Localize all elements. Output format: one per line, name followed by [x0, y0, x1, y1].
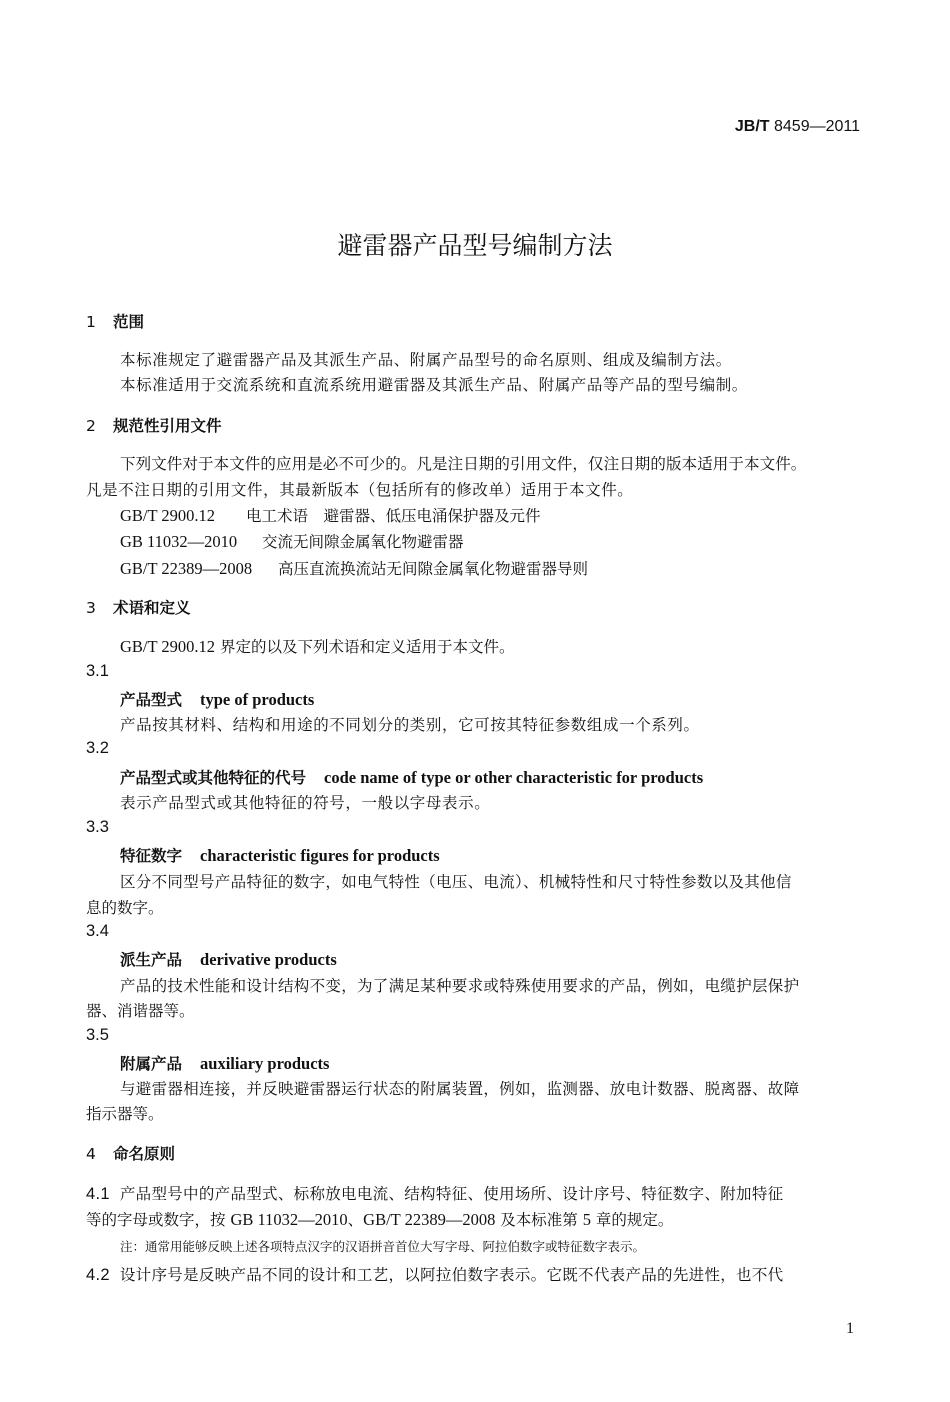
section-3-intro: GB/T 2900.12 界定的以及下列术语和定义适用于本文件。 — [120, 635, 515, 657]
term-definition: 产品的技术性能和设计结构不变，为了满足某种要求或特殊使用要求的产品，例如，电缆护… — [120, 974, 799, 996]
clause-4-2-line-1: 4.2设计序号是反映产品不同的设计和工艺，以阿拉伯数字表示。它既不代表产品的先进… — [86, 1263, 783, 1285]
term-heading: 派生产品derivative products — [120, 948, 337, 970]
section-1-para-1: 本标准规定了避雷器产品及其派生产品、附属产品型号的命名原则、组成及编制方法。 — [120, 348, 732, 370]
section-2-heading: 2规范性引用文件 — [86, 414, 222, 436]
standard-year: 8459—2011 — [774, 118, 860, 135]
section-1-para-2: 本标准适用于交流系统和直流系统用避雷器及其派生产品、附属产品等产品的型号编制。 — [120, 373, 748, 395]
term-definition: 表示产品型式或其他特征的符号，一般以字母表示。 — [120, 791, 490, 813]
clause-number: 3.2 — [86, 739, 109, 758]
clause-4-1-line-1: 4.1产品型号中的产品型式、标称放电电流、结构特征、使用场所、设计序号、特征数字… — [86, 1182, 783, 1204]
reference-item: GB 11032—2010交流无间隙金属氧化物避雷器 — [120, 530, 464, 552]
clause-4-1-line-2: 等的字母或数字，按 GB 11032—2010、GB/T 22389—2008 … — [86, 1208, 673, 1230]
term-heading: 附属产品auxiliary products — [120, 1052, 329, 1074]
standard-code: JB/T — [735, 118, 770, 135]
term-definition: 与避雷器相连接，并反映避雷器运行状态的附属装置，例如，监测器、放电计数器、脱离器… — [120, 1077, 799, 1099]
term-definition: 产品按其材料、结构和用途的不同划分的类别，它可按其特征参数组成一个系列。 — [120, 713, 700, 735]
term-heading: 产品型式type of products — [120, 688, 314, 710]
section-4-heading: 4命名原则 — [86, 1142, 175, 1164]
document-title: 避雷器产品型号编制方法 — [0, 226, 950, 262]
reference-item: GB/T 2900.12电工术语 避雷器、低压电涌保护器及元件 — [120, 504, 541, 526]
term-definition: 区分不同型号产品特征的数字，如电气特性（电压、电流）、机械特性和尺寸特性参数以及… — [120, 870, 792, 892]
section-2-para-line-1: 下列文件对于本文件的应用是必不可少的。凡是注日期的引用文件，仅注日期的版本适用于… — [120, 452, 806, 474]
note: 注：通常用能够反映上述各项特点汉字的汉语拼音首位大写字母、阿拉伯数字或特征数字表… — [120, 1237, 645, 1255]
clause-number: 3.4 — [86, 922, 109, 941]
section-2-para-line-2: 凡是不注日期的引用文件，其最新版本（包括所有的修改单）适用于本文件。 — [86, 478, 633, 500]
section-1-heading: 1范围 — [86, 310, 144, 332]
page-number: 1 — [846, 1320, 854, 1338]
section-3-heading: 3术语和定义 — [86, 596, 191, 618]
standard-number-header: JB/T 8459—2011 — [720, 118, 860, 136]
term-heading: 产品型式或其他特征的代号code name of type or other c… — [120, 766, 703, 788]
term-definition-cont: 器、消谐器等。 — [86, 999, 195, 1021]
clause-number: 3.3 — [86, 818, 109, 837]
term-definition-cont: 息的数字。 — [86, 896, 164, 918]
reference-item: GB/T 22389—2008高压直流换流站无间隙金属氧化物避雷器导则 — [120, 557, 588, 579]
clause-number: 3.5 — [86, 1026, 109, 1045]
term-heading: 特征数字characteristic figures for products — [120, 844, 440, 866]
term-definition-cont: 指示器等。 — [86, 1102, 164, 1124]
clause-number: 3.1 — [86, 662, 109, 681]
